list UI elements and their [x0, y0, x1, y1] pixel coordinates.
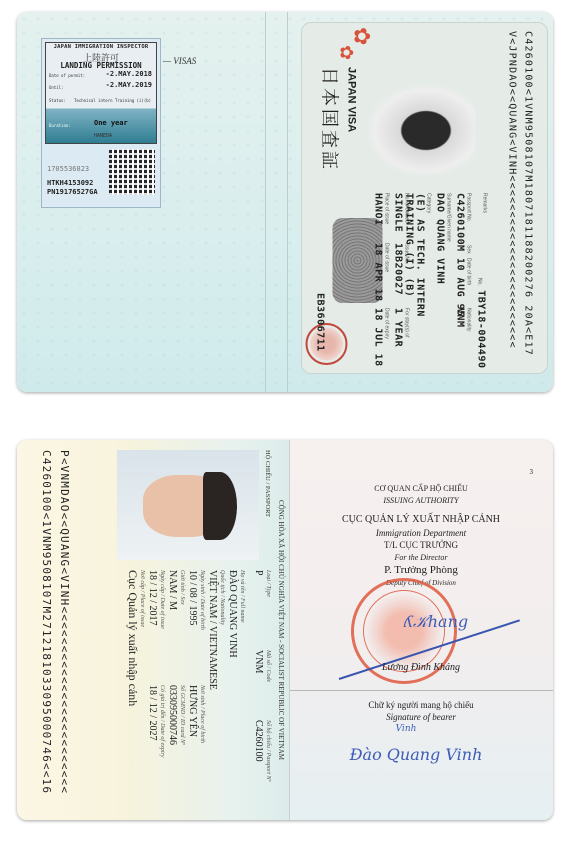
- signer-name: Lương Đình Kháng: [289, 662, 553, 673]
- field-date-of-issue: Ngày cấp / Date of issue18 / 12 / 2017: [147, 570, 165, 629]
- field-date-of-expiry: Có giá trị đến / Date of expiry18 / 12 /…: [147, 685, 165, 758]
- sticker-code-1: HTKH4153092: [47, 179, 93, 187]
- visas-label-text: VISAS: [173, 56, 196, 66]
- visa-passport-no: Passport No.C4260100: [454, 193, 471, 245]
- field-id-card: Số GCMND / ID card Nº033095000746: [167, 685, 185, 745]
- field-type: Loại / TypeP: [253, 570, 271, 597]
- visa-date-of-issue: Date of issue18 APR 18: [372, 243, 389, 302]
- section-divider: [289, 690, 553, 691]
- authority-header-vi: CƠ QUAN CẤP HỘ CHIẾU: [289, 484, 553, 493]
- bearer-signature-label-vi: Chữ ký người mang hộ chiếu: [289, 700, 553, 710]
- japan-visa-sticker: ✿ ✿ JAPAN VISA 日本国査証 Place of issueHANOI…: [301, 22, 548, 374]
- passport-mrz-line-1: P<VNMDAO<<QUANG<VINH<<<<<<<<<<<<<<<<<<<<…: [58, 450, 71, 794]
- visa-date-of-expiry: Date of expiry18 JUL 18: [372, 308, 389, 367]
- bearer-signature-label-en: Signature of bearer: [289, 712, 553, 722]
- department-en: Immigration Department: [289, 528, 553, 538]
- authority-header-en: ISSUING AUTHORITY: [289, 496, 553, 505]
- field-sex: Giới tính / SexNAM / M: [167, 570, 185, 610]
- date-of-permit-label: Date of permit:: [49, 73, 85, 78]
- bearer-signature-full: Đào Quang Vinh: [279, 745, 553, 764]
- signer-title-vi: P. Trưởng Phòng: [289, 564, 553, 576]
- visa-mrz-line-1: V<JPNDAO<<QUANG<VINH<<<<<<<<<<<<<<<<<<<<…: [506, 31, 517, 349]
- port-of-entry: HANEDA: [94, 133, 112, 139]
- field-nationality: Quốc tịch / NationalityVIỆT NAM / VIETNA…: [207, 570, 225, 690]
- bearer-signature-short: Vinh: [259, 724, 553, 734]
- visa-remarks: Remarks: [481, 193, 487, 213]
- date-of-permit: -2.MAY.2018: [106, 70, 152, 78]
- issuing-authority-page: 3 CƠ QUAN CẤP HỘ CHIẾU ISSUING AUTHORITY…: [289, 440, 553, 820]
- duration-value: One year: [94, 119, 128, 127]
- sticker-serial: 1705536823: [47, 165, 89, 173]
- official-signature: ʎ𝒦hang: [319, 612, 553, 632]
- visa-title: JAPAN VISA: [345, 67, 357, 132]
- field-code: Mã số / CodeVNM: [253, 650, 271, 682]
- field-place-of-issue: Nơi cấp / Place of issueCục Quản lý xuất…: [127, 570, 145, 706]
- status-label: Status:: [49, 98, 66, 103]
- bio-data-page: CỘNG HÒA XÃ HỘI CHỦ NGHĨA VIỆT NAM - SOC…: [17, 440, 289, 820]
- page-fold: [287, 12, 288, 392]
- visas-label: — VISAS: [163, 56, 196, 66]
- visa-mrz-line-2: C4260100<1VNM9508107M1807181188200276 20…: [522, 31, 533, 356]
- field-full-name: Họ và tên / Full nameĐÀO QUANG VINH: [227, 570, 245, 658]
- department-vi: CỤC QUẢN LÝ XUẤT NHẬP CẢNH: [289, 514, 553, 525]
- doc-header: HỘ CHIẾU / PASSPORT: [264, 450, 271, 517]
- visa-pages-spread: JAPAN IMMIGRATION INSPECTOR 上陸許可 LANDING…: [17, 12, 553, 392]
- visa-category: Category(E) AS TECH. INTERN TRAINING (I)…: [403, 193, 431, 373]
- visa-sex: SexM: [454, 245, 471, 254]
- cherry-blossom-icon: ✿: [335, 45, 357, 60]
- field-dob: Ngày sinh / Date of birth10 / 08 / 1995: [187, 570, 205, 630]
- for-director-en: For the Director: [289, 553, 553, 562]
- japan-visa-content: ✿ ✿ JAPAN VISA 日本国査証 Place of issueHANOI…: [302, 23, 547, 373]
- until-date: -2.MAY.2019: [106, 81, 152, 89]
- landing-permission-panel: JAPAN IMMIGRATION INSPECTOR 上陸許可 LANDING…: [45, 42, 157, 144]
- page-fold: [289, 440, 290, 820]
- bio-pages-spread: CỘNG HÒA XÃ HỘI CHỦ NGHĨA VIỆT NAM - SOC…: [17, 440, 553, 820]
- sticker-code-2: PN19176527GA: [47, 188, 98, 196]
- sticker-header: JAPAN IMMIGRATION INSPECTOR: [48, 44, 154, 50]
- bearer-photo: [117, 450, 259, 560]
- hair: [203, 472, 237, 540]
- visa-place-of-issue: Place of issueHANOI: [372, 193, 389, 226]
- page-fold: [265, 12, 266, 392]
- bio-data-content: CỘNG HÒA XÃ HỘI CHỦ NGHĨA VIỆT NAM - SOC…: [17, 440, 289, 820]
- status-value: Technical intern Training (i)(b): [74, 98, 151, 103]
- visa-seal: [305, 323, 347, 365]
- passport-mrz-line-2: C4260100<1VNM9508107M2712181033095000746…: [40, 450, 53, 794]
- visa-number: EB3606711: [314, 293, 325, 352]
- visa-kanji: 日本国査証: [317, 67, 343, 172]
- page-number: 3: [530, 468, 534, 476]
- until-label: Until:: [49, 85, 63, 90]
- qr-code: [109, 149, 155, 195]
- for-director-vi: T/L CỤC TRƯỞNG: [289, 540, 553, 550]
- visa-nationality: NationalityVNM: [454, 308, 471, 331]
- visa-control-no: No. TBY18-004490: [473, 278, 491, 368]
- cherry-blossom-icon: ✿: [350, 27, 372, 45]
- field-pob: Nơi sinh / Place of birthHƯNG YÊN: [187, 685, 205, 743]
- sticker-title: LANDING PERMISSION: [46, 61, 156, 70]
- visa-photo: [365, 83, 475, 178]
- landing-permission-sticker: JAPAN IMMIGRATION INSPECTOR 上陸許可 LANDING…: [41, 38, 161, 208]
- duration-label: Duration:: [49, 123, 71, 128]
- visa-name: Surname/Given nameDAO QUANG VINH: [434, 193, 451, 284]
